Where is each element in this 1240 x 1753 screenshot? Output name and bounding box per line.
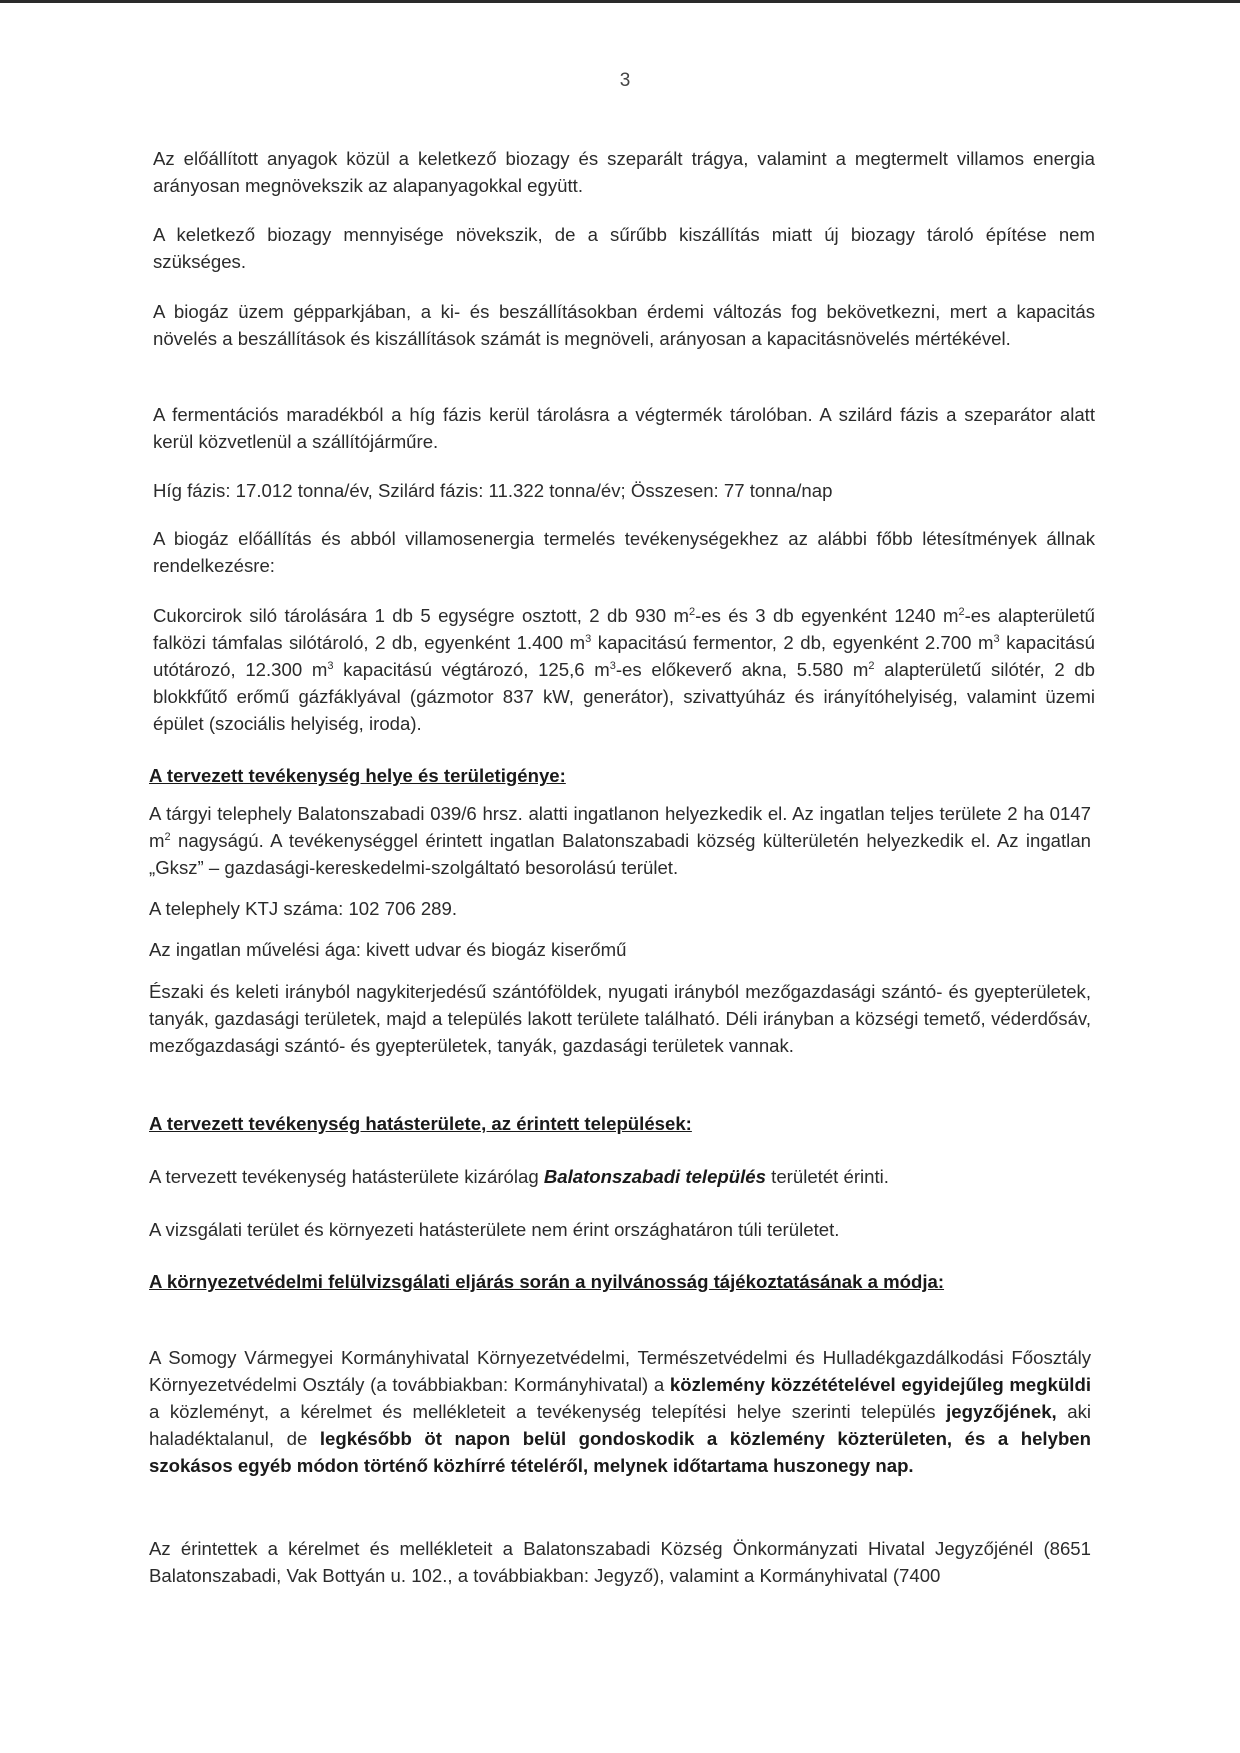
text: kapacitású végtározó, 125,6 m: [333, 659, 609, 680]
paragraph-ktj-number: A telephely KTJ száma: 102 706 289.: [149, 895, 1091, 922]
paragraph-documents-access: Az érintettek a kérelmet és mellékleteit…: [149, 1535, 1091, 1589]
paragraph-facilities-list: Cukorcirok siló tárolására 1 db 5 egység…: [153, 602, 1095, 737]
bold-text: jegyzőjének,: [946, 1401, 1057, 1422]
page-number: 3: [0, 70, 1240, 92]
paragraph-location: A tárgyi telephely Balatonszabadi 039/6 …: [149, 800, 1091, 881]
text: területét érinti.: [766, 1166, 889, 1187]
paragraph-fermentation: A fermentációs maradékból a híg fázis ke…: [153, 401, 1095, 455]
paragraph-biozagy: A keletkező biozagy mennyisége növekszik…: [153, 221, 1095, 275]
text: kapacitású fermentor, 2 db, egyenként 2.…: [591, 632, 993, 653]
paragraph-phase-quantities: Híg fázis: 17.012 tonna/év, Szilárd fázi…: [153, 477, 1095, 504]
text: A tervezett tevékenység hatásterülete ki…: [149, 1166, 544, 1187]
section-heading-impact: A tervezett tevékenység hatásterülete, a…: [149, 1110, 1091, 1137]
paragraph-land-use: Az ingatlan művelési ága: kivett udvar é…: [149, 936, 1091, 963]
text: -es és 3 db egyenként 1240 m: [695, 605, 958, 626]
section-heading-location: A tervezett tevékenység helye és terület…: [149, 762, 1091, 789]
text: a közleményt, a kérelmet és mellékleteit…: [149, 1401, 946, 1422]
paragraph-products: Az előállított anyagok közül a keletkező…: [153, 145, 1095, 199]
text: Cukorcirok siló tárolására 1 db 5 egység…: [153, 605, 689, 626]
text: -es előkeverő akna, 5.580 m: [616, 659, 869, 680]
paragraph-facilities-intro: A biogáz előállítás és abból villamosene…: [153, 525, 1095, 579]
paragraph-public-notice: A Somogy Vármegyei Kormányhivatal Környe…: [149, 1344, 1091, 1479]
paragraph-surroundings: Északi és keleti irányból nagykiterjedés…: [149, 978, 1091, 1059]
paragraph-cross-border: A vizsgálati terület és környezeti hatás…: [149, 1216, 1091, 1243]
section-heading-public-info: A környezetvédelmi felülvizsgálati eljár…: [149, 1268, 1091, 1295]
paragraph-impact-area: A tervezett tevékenység hatásterülete ki…: [149, 1163, 1091, 1190]
paragraph-machinery: A biogáz üzem gépparkjában, a ki- és bes…: [153, 298, 1095, 352]
emphasis-settlement: Balatonszabadi település: [544, 1166, 766, 1187]
text: nagyságú. A tevékenységgel érintett inga…: [149, 830, 1091, 878]
scan-top-edge: [0, 0, 1240, 3]
bold-text: közlemény közzétételével egyidejűleg meg…: [670, 1374, 1091, 1395]
